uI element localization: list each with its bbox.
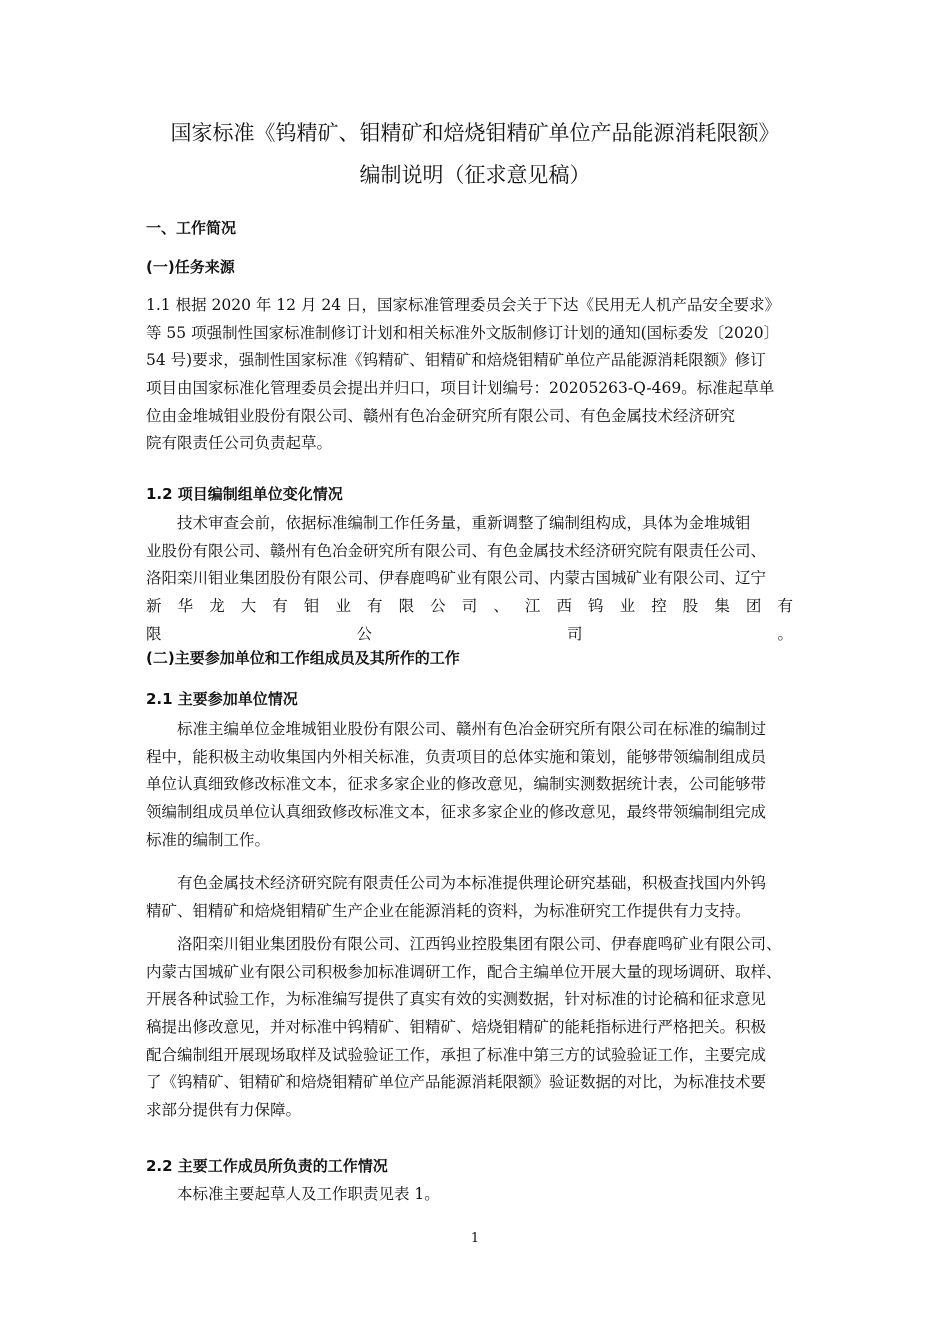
text-line: 洛阳栾川钼业集团股份有限公司、江西钨业控股集团有限公司、伊春鹿鸣矿业有限公司、 <box>146 931 808 959</box>
section-heading-participants: (二)主要参加单位和工作组成员及其所作的工作 <box>146 647 460 668</box>
paragraph-1-1: 1.1 根据 2020 年 12 月 24 日，国家标准管理委员会关于下达《民用… <box>146 292 808 458</box>
subsection-heading-task-source: (一)任务来源 <box>146 256 235 277</box>
subsection-heading-1-2: 1.2 项目编制组单位变化情况 <box>146 483 343 504</box>
text-line: 54 号)要求，强制性国家标准《钨精矿、钼精矿和焙烧钼精矿单位产品能源消耗限额》… <box>146 347 808 375</box>
text-line: 领编制组成员单位认真细致修改标准文本，征求多家企业的修改意见，最终带领编制组完成 <box>146 799 808 827</box>
text-line: 项目由国家标准化管理委员会提出并归口，项目计划编号：20205263-Q-469… <box>146 375 808 403</box>
paragraph-2-1a: 标准主编单位金堆城钼业股份有限公司、赣州有色冶金研究所有限公司在标准的编制过 程… <box>146 716 808 854</box>
page-number: 1 <box>0 1231 950 1246</box>
text-line: 内蒙古国城矿业有限公司积极参加标准调研工作，配合主编单位开展大量的现场调研、取样… <box>146 959 808 987</box>
text-line: 洛阳栾川钼业集团股份有限公司、伊春鹿鸣矿业有限公司、内蒙古国城矿业有限公司、辽宁 <box>146 565 808 593</box>
text-line: 标准主编单位金堆城钼业股份有限公司、赣州有色冶金研究所有限公司在标准的编制过 <box>146 716 808 744</box>
text-line: 本标准主要起草人及工作职责见表 1。 <box>146 1181 808 1209</box>
text-line: 程中，能积极主动收集国内外相关标准，负责项目的总体实施和策划，能够带领编制组成员 <box>146 744 808 772</box>
subsection-heading-2-1: 2.1 主要参加单位情况 <box>146 688 298 709</box>
paragraph-2-1b: 有色金属技术经济研究院有限责任公司为本标准提供理论研究基础，积极查找国内外钨 精… <box>146 870 808 925</box>
text-line: 位由金堆城钼业股份有限公司、赣州有色冶金研究所有限公司、有色金属技术经济研究 <box>146 403 808 431</box>
paragraph-2-1c: 洛阳栾川钼业集团股份有限公司、江西钨业控股集团有限公司、伊春鹿鸣矿业有限公司、 … <box>146 931 808 1125</box>
text-line: 求部分提供有力保障。 <box>146 1097 808 1125</box>
text-line: 业股份有限公司、赣州有色冶金研究所有限公司、有色金属技术经济研究院有限责任公司、 <box>146 538 808 566</box>
document-page: 国家标准《钨精矿、钼精矿和焙烧钼精矿单位产品能源消耗限额》 编制说明（征求意见稿… <box>0 0 950 1344</box>
document-title: 国家标准《钨精矿、钼精矿和焙烧钼精矿单位产品能源消耗限额》 <box>0 117 950 147</box>
paragraph-1-2: 技术审查会前，依据标准编制工作任务量，重新调整了编制组构成，具体为金堆城钼 业股… <box>146 510 808 621</box>
text-line: 配合编制组开展现场取样及试验验证工作，承担了标准中第三方的试验验证工作，主要完成 <box>146 1042 808 1070</box>
text-line: 院有限责任公司负责起草。 <box>146 430 808 458</box>
text-line: 新华龙大有钼业有限公司、江西钨业控股集团有限公司。 <box>146 593 808 621</box>
paragraph-2-2: 本标准主要起草人及工作职责见表 1。 <box>146 1181 808 1209</box>
text-line: 技术审查会前，依据标准编制工作任务量，重新调整了编制组构成，具体为金堆城钼 <box>146 510 808 538</box>
text-line: 了《钨精矿、钼精矿和焙烧钼精矿单位产品能源消耗限额》验证数据的对比，为标准技术要 <box>146 1069 808 1097</box>
text-line: 单位认真细致修改标准文本，征求多家企业的修改意见，编制实测数据统计表，公司能够带 <box>146 771 808 799</box>
text-line: 标准的编制工作。 <box>146 827 808 855</box>
document-subtitle: 编制说明（征求意见稿） <box>0 159 950 189</box>
text-line: 有色金属技术经济研究院有限责任公司为本标准提供理论研究基础，积极查找国内外钨 <box>146 870 808 898</box>
text-line: 开展各种试验工作，为标准编写提供了真实有效的实测数据，针对标准的讨论稿和征求意见 <box>146 986 808 1014</box>
text-line: 1.1 根据 2020 年 12 月 24 日，国家标准管理委员会关于下达《民用… <box>146 292 808 320</box>
text-line: 稿提出修改意见，并对标准中钨精矿、钼精矿、焙烧钼精矿的能耗指标进行严格把关。积极 <box>146 1014 808 1042</box>
section-heading-work-overview: 一、工作简况 <box>146 217 236 238</box>
text-line: 精矿、钼精矿和焙烧钼精矿生产企业在能源消耗的资料，为标准研究工作提供有力支持。 <box>146 898 808 926</box>
text-line: 等 55 项强制性国家标准制修订计划和相关标准外文版制修订计划的通知(国标委发〔… <box>146 320 808 348</box>
subsection-heading-2-2: 2.2 主要工作成员所负责的工作情况 <box>146 1155 388 1176</box>
